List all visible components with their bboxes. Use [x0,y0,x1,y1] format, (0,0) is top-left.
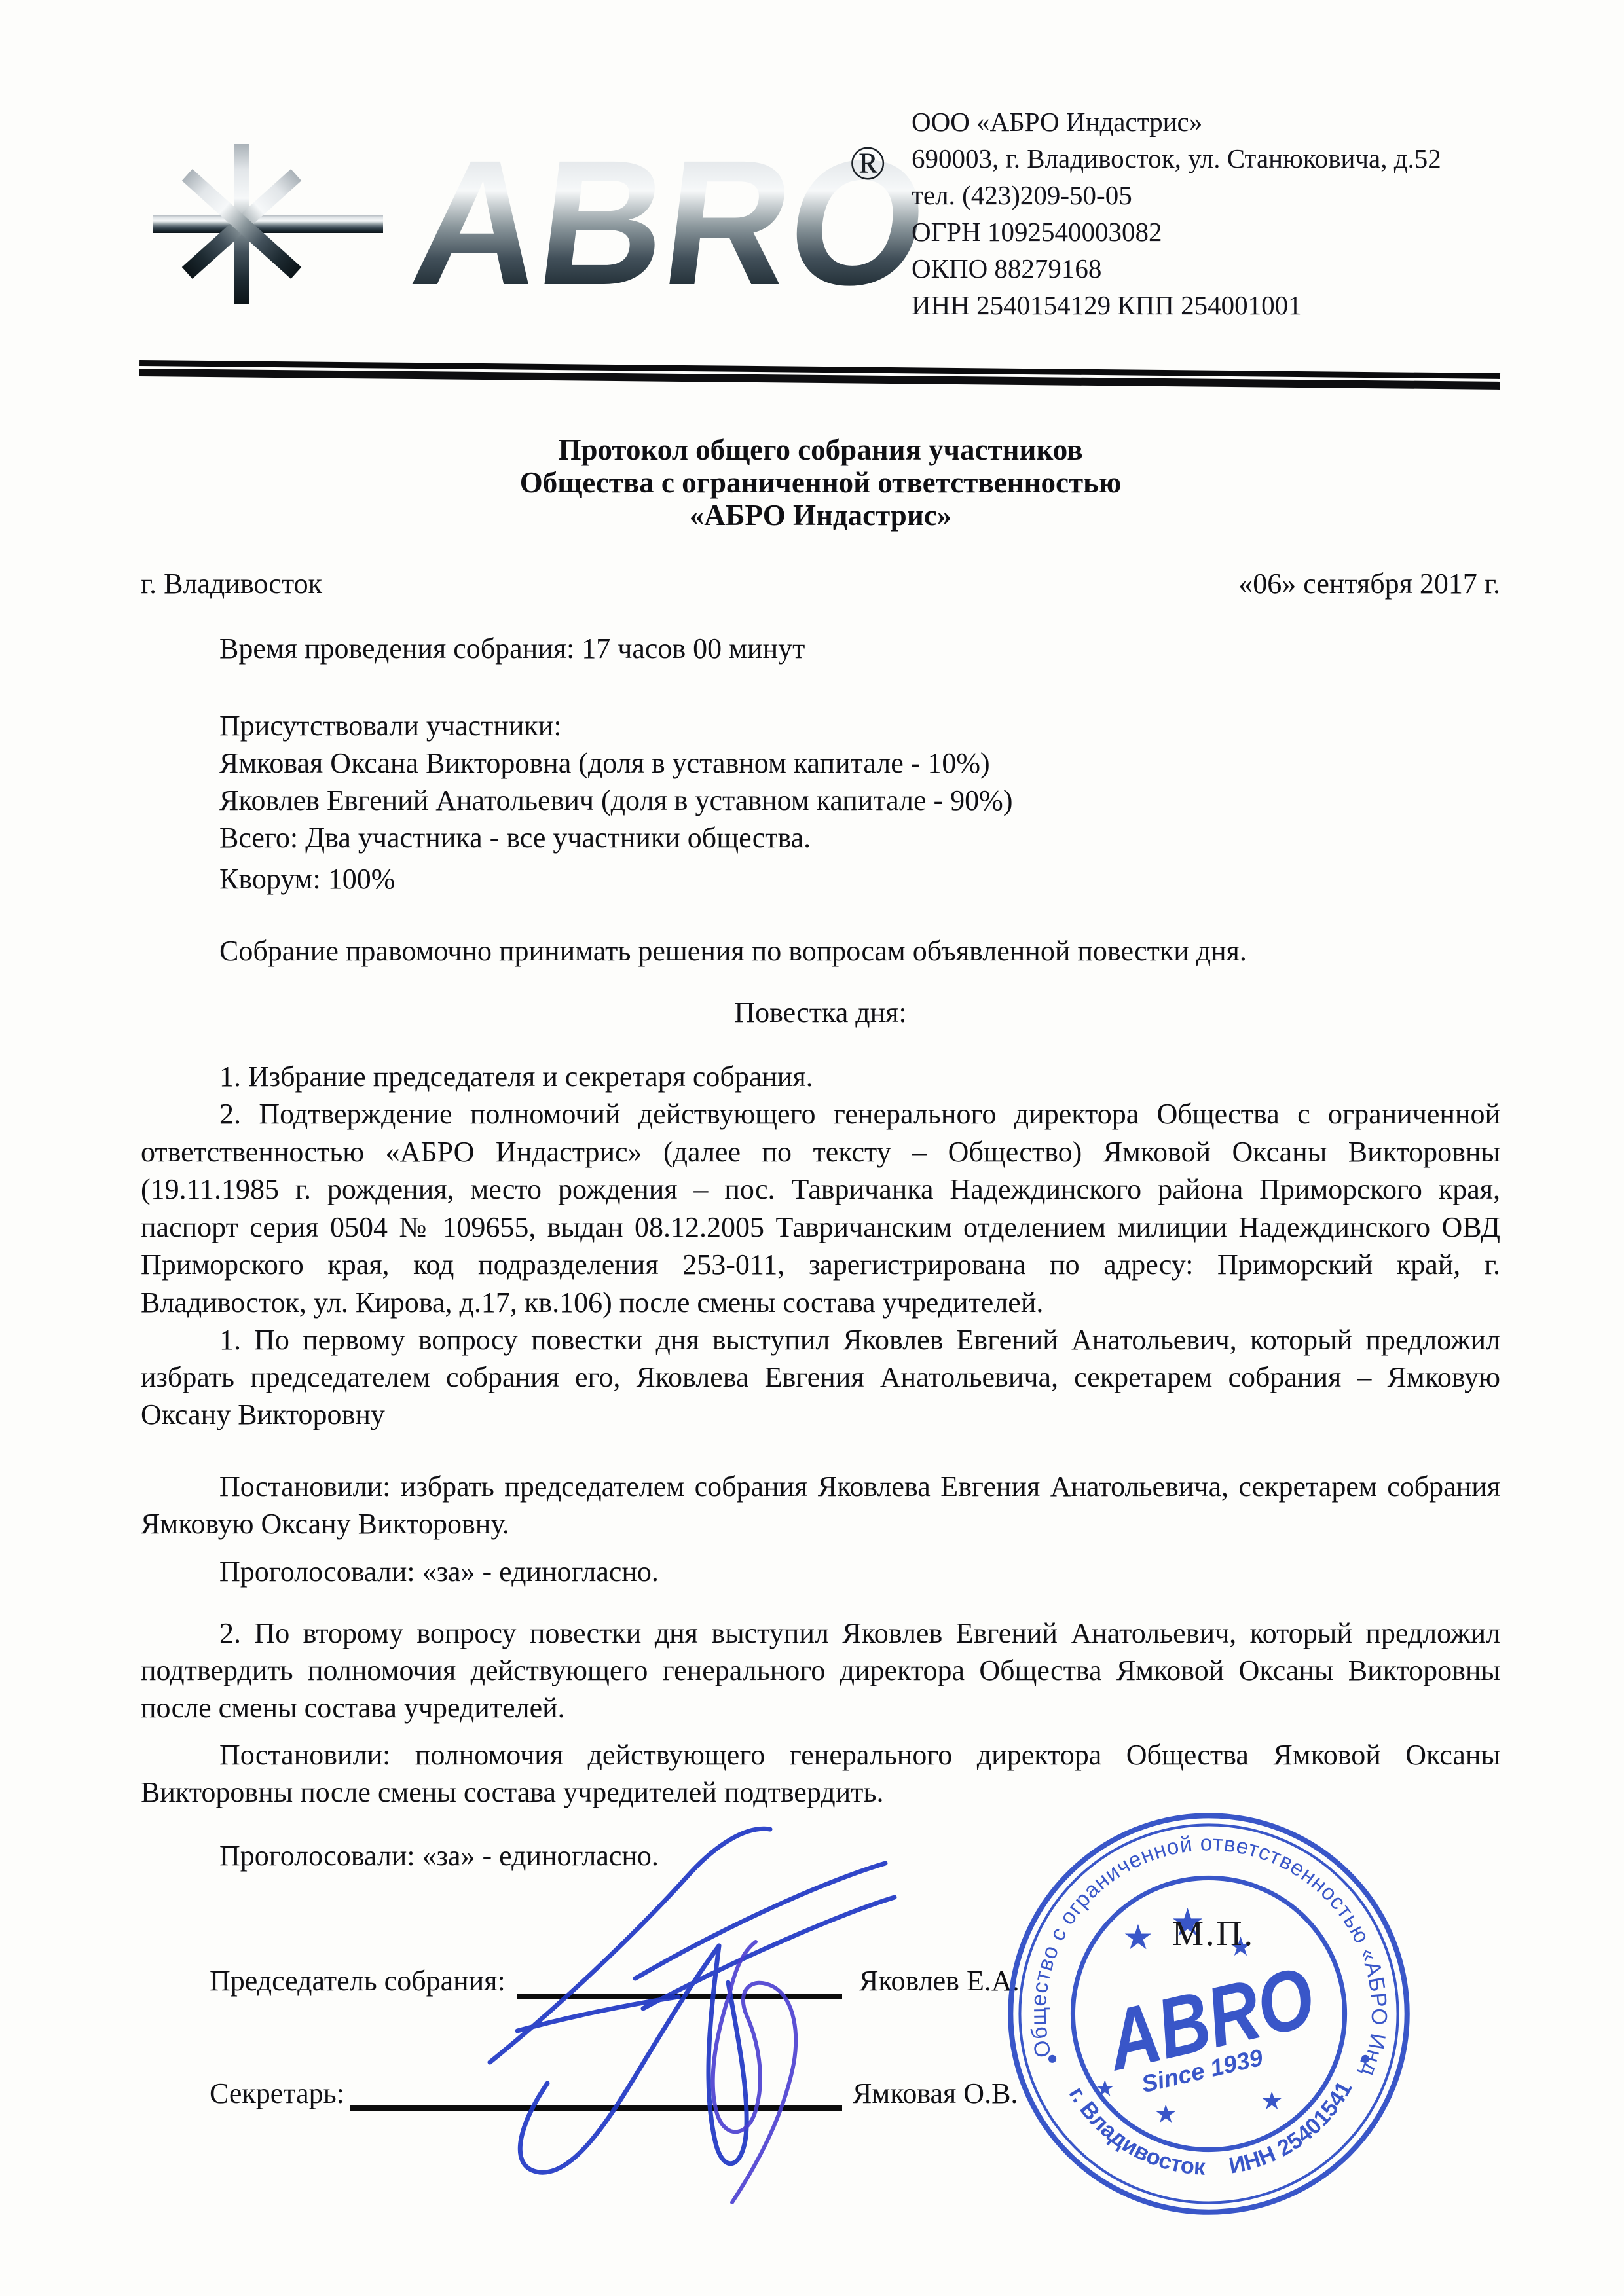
resolution-2: Постановили: полномочия действующего ген… [141,1736,1500,1811]
abro-logo: ABRO ® [147,119,933,316]
attendees-heading: Присутствовали участники: [141,707,1500,744]
question-1: 1. По первому вопросу повестки дня высту… [141,1321,1500,1433]
title-line-1: Протокол общего собрания участников [141,433,1500,466]
registered-trademark-icon: ® [849,137,886,191]
company-address: 690003, г. Владивосток, ул. Станюковича,… [912,140,1527,177]
meeting-time: Время проведения собрания: 17 часов 00 м… [141,630,1500,667]
attendee-1: Ямковая Оксана Викторовна (доля в уставн… [141,744,1500,782]
validity-statement: Собрание правомочно принимать решения по… [141,932,1500,970]
vote-result-1: Проголосовали: «за» - единогласно. [141,1553,1500,1590]
seal-place-mark: М.П. [1172,1913,1255,1954]
svg-text:★: ★ [1261,2086,1283,2116]
attendee-2: Яковлев Евгений Анатольевич (доля в уста… [141,782,1500,819]
company-okpo: ОКПО 88279168 [912,250,1527,287]
title-line-2: Общества с ограниченной ответственностью [141,466,1500,499]
svg-text:★: ★ [1154,2100,1177,2129]
handwritten-signatures [419,1800,930,2213]
quorum: Кворум: 100% [141,860,1500,898]
document-page: ABRO ® ООО «АБРО Индастрис» 690003, г. В… [0,0,1624,2296]
title-line-3: «АБРО Индастрис» [141,499,1500,532]
resolution-1: Постановили: избрать председателем собра… [141,1468,1500,1542]
company-stamp: Общество с ограниченной ответственностью… [997,1802,1421,2226]
header-divider [139,360,1500,390]
agenda-item-2: 2. Подтверждение полномочий действующего… [141,1095,1500,1321]
company-inn-kpp: ИНН 2540154129 КПП 254001001 [912,287,1527,323]
city-label: г. Владивосток [141,567,322,600]
stamp-separator-dot-left [1048,2055,1056,2063]
stamp-separator-dot-right [1361,2055,1369,2063]
question-2: 2. По второму вопросу повестки дня высту… [141,1614,1500,1726]
svg-text:★: ★ [1122,1918,1153,1958]
svg-text:★: ★ [1095,2076,1115,2102]
company-name: ООО «АБРО Индастрис» [912,103,1527,140]
abro-snowflake-icon [153,144,383,304]
date-label: «06» сентября 2017 г. [1238,567,1500,600]
company-ogrn: ОГРН 1092540003082 [912,213,1527,250]
company-phone: тел. (423)209-50-05 [912,177,1527,213]
company-requisites: ООО «АБРО Индастрис» 690003, г. Владивос… [912,103,1527,323]
secretary-label: Секретарь: [210,2077,344,2110]
meta-row: г. Владивосток «06» сентября 2017 г. [141,567,1500,600]
attendees-total: Всего: Два участника - все участники общ… [141,819,1500,856]
document-title: Протокол общего собрания участников Обще… [141,433,1500,532]
agenda-heading: Повестка дня: [141,994,1500,1031]
agenda-item-1: 1. Избрание председателя и секретаря соб… [141,1058,1500,1095]
chairman-signature [490,1829,895,2172]
